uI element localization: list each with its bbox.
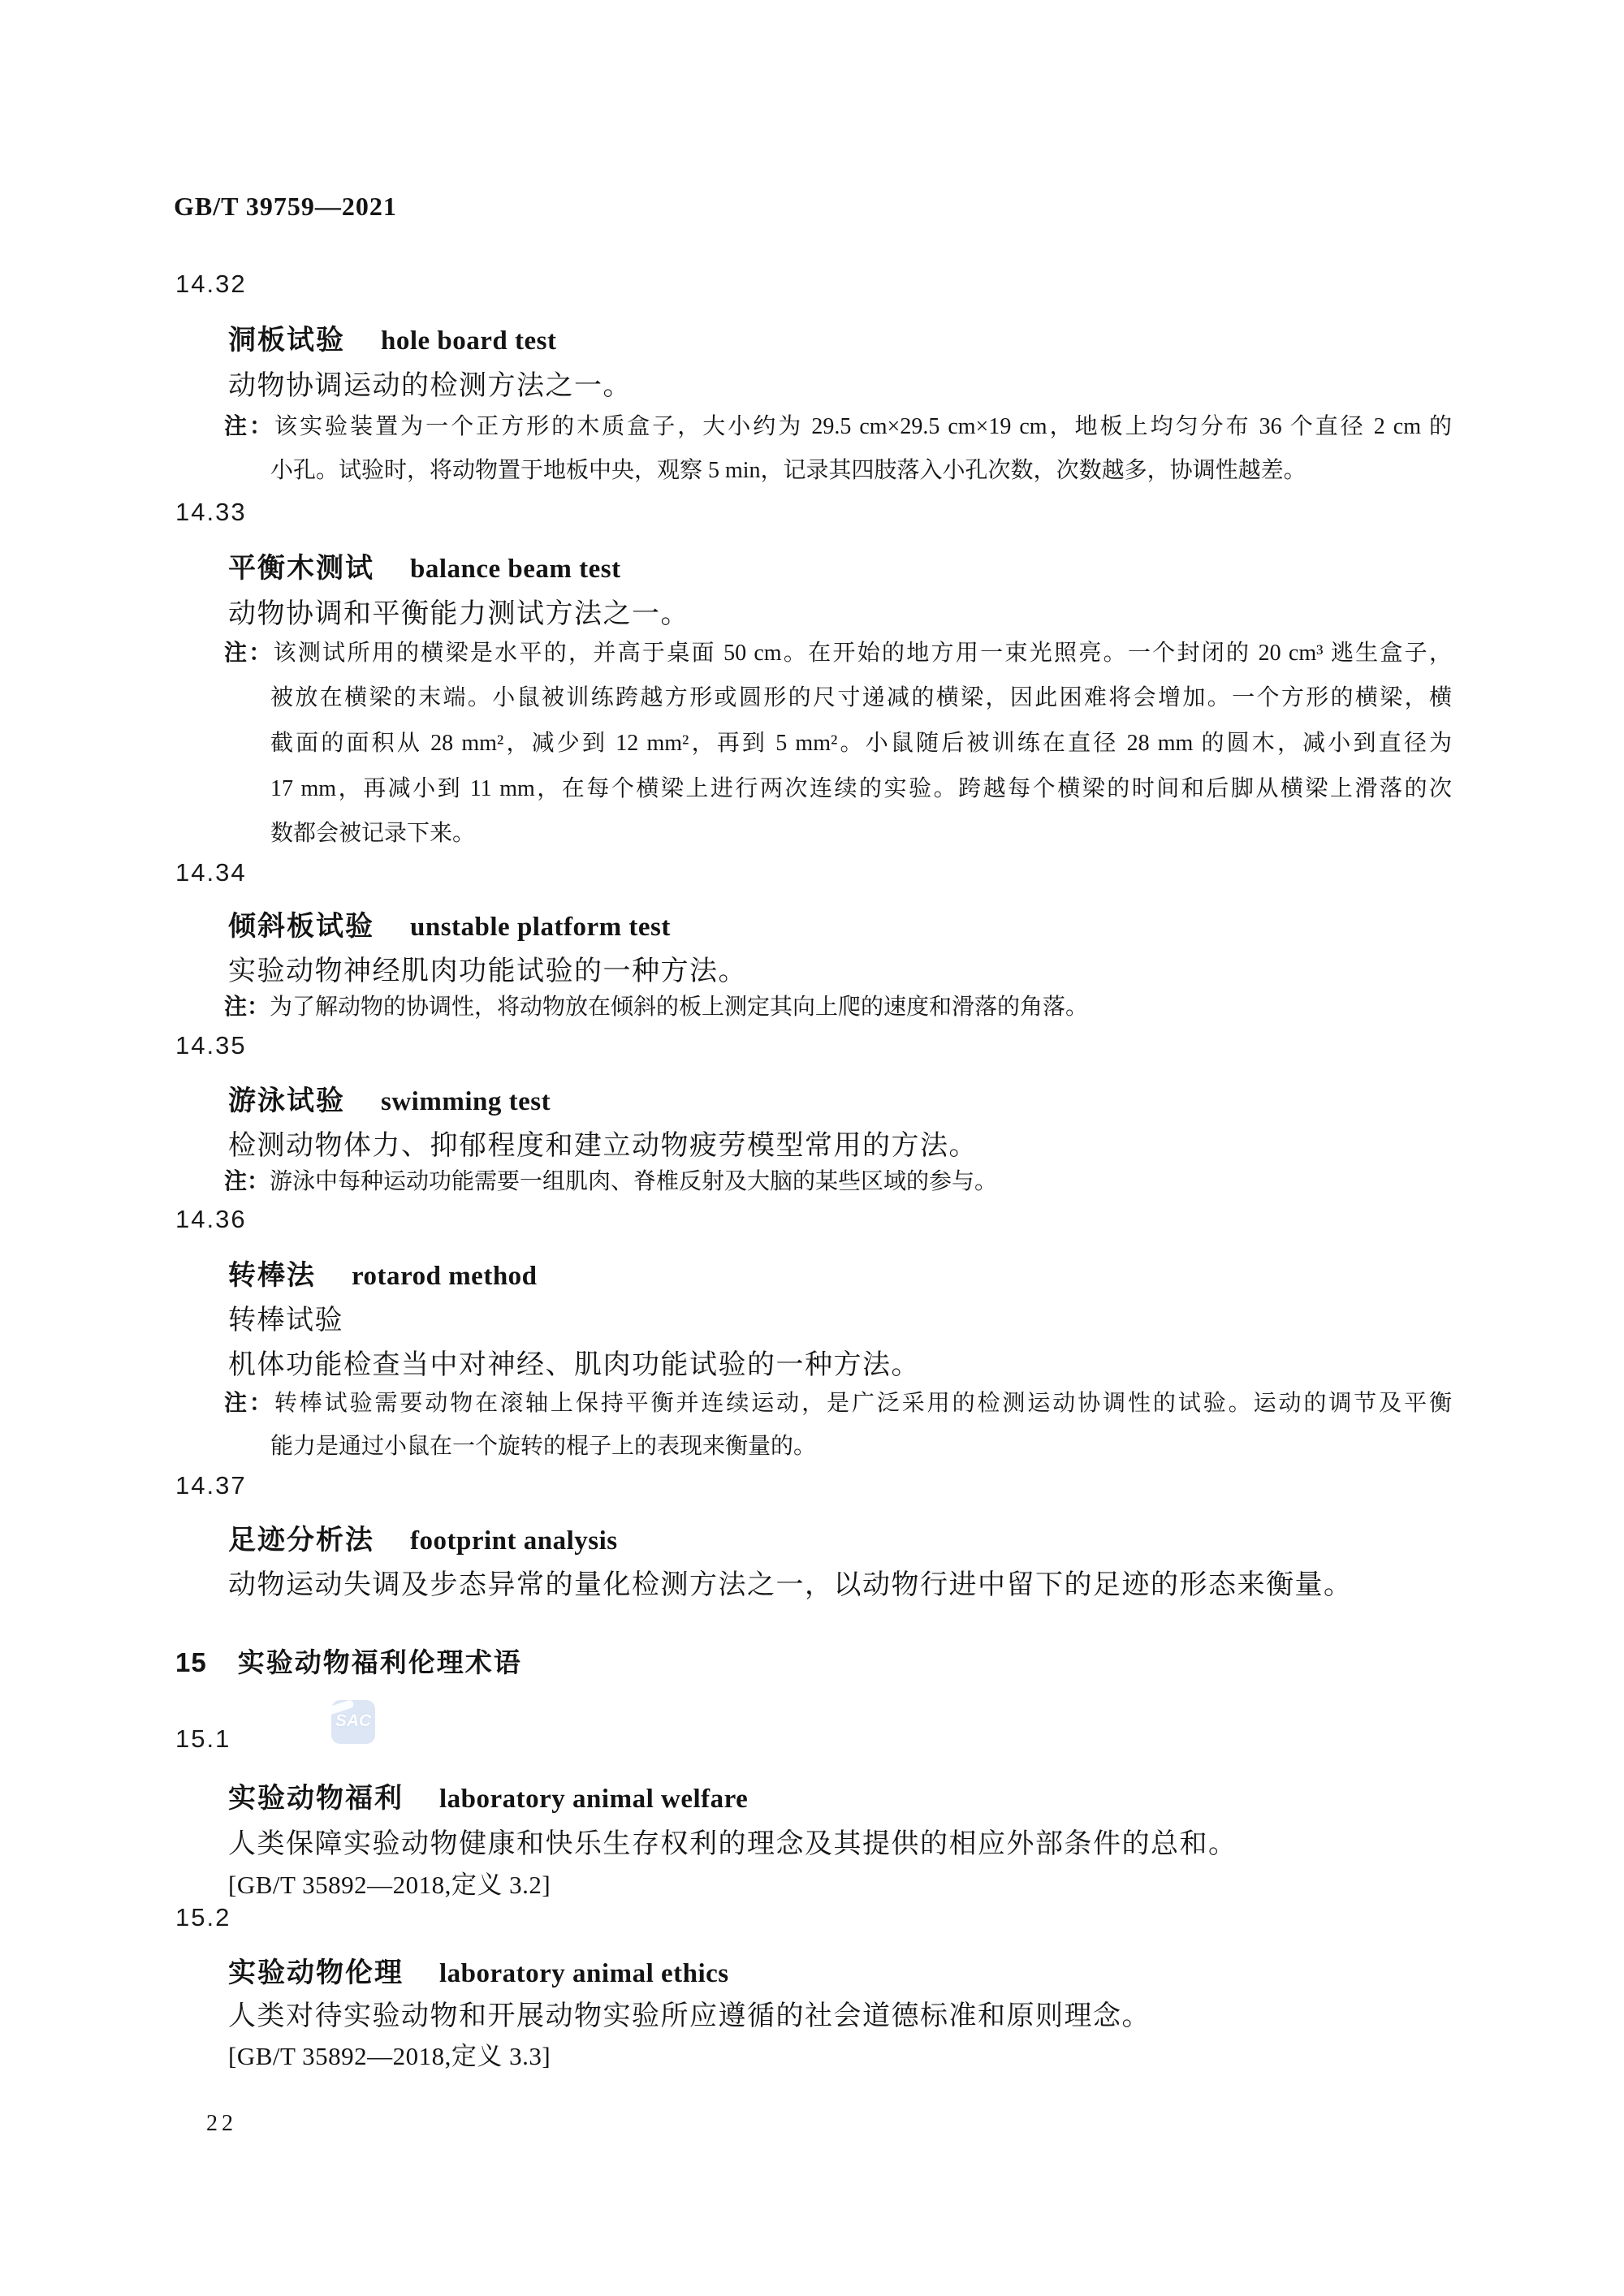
definition-text: 人类保障实验动物健康和快乐生存权利的理念及其提供的相应外部条件的总和。 xyxy=(228,1821,1237,1861)
note-text: 该测试所用的横梁是水平的，并高于桌面 50 cm。在开始的地方用一束光照亮。一个… xyxy=(274,641,1452,666)
note-text: 为了解动物的协调性，将动物放在倾斜的板上测定其向上爬的速度和滑落的角落。 xyxy=(270,995,1088,1020)
term-line: 平衡木测试balance beam test xyxy=(228,546,621,585)
section-number: 14.34 xyxy=(175,858,247,887)
term-english: swimming test xyxy=(381,1087,551,1116)
term-english: unstable platform test xyxy=(410,913,671,942)
note-line: 17 mm，再减小到 11 mm，在每个横梁上进行两次连续的实验。跨越每个横梁的… xyxy=(270,775,1452,804)
term-chinese: 洞板试验 xyxy=(228,325,345,356)
term-line: 游泳试验swimming test xyxy=(228,1078,551,1118)
term-english: balance beam test xyxy=(410,555,621,584)
definition-text: 动物协调运动的检测方法之一。 xyxy=(228,363,632,403)
term-chinese: 倾斜板试验 xyxy=(228,911,374,942)
synonym-text: 转棒试验 xyxy=(228,1297,343,1337)
note-line: 小孔。试验时，将动物置于地板中央，观察 5 min，记录其四肢落入小孔次数，次数… xyxy=(270,456,1452,486)
definition-text: 人类对待实验动物和开展动物实验所应遵循的社会道德标准和原则理念。 xyxy=(228,1993,1151,2033)
note-line: 被放在横梁的末端。小鼠被训练跨越方形或圆形的尺寸递减的横梁，因此困难将会增加。一… xyxy=(270,684,1452,713)
term-english: laboratory animal ethics xyxy=(439,1959,729,1988)
note-line: 数都会被记录下来。 xyxy=(270,819,1452,848)
section-number: 15.1 xyxy=(175,1724,231,1754)
term-line: 转棒法rotarod method xyxy=(228,1253,538,1293)
sac-watermark-label: SAC xyxy=(331,1711,375,1731)
term-chinese: 实验动物伦理 xyxy=(228,1957,404,1988)
sac-watermark-logo: SAC xyxy=(331,1700,375,1744)
note-label: 注： xyxy=(224,640,274,665)
chapter-title: 实验动物福利伦理术语 xyxy=(238,1647,522,1677)
definition-text: 动物协调和平衡能力测试方法之一。 xyxy=(228,591,689,631)
note-line: 注：游泳中每种运动功能需要一组肌肉、脊椎反射及大脑的某些区域的参与。 xyxy=(224,1167,1452,1197)
definition-text: 检测动物体力、抑郁程度和建立动物疲劳模型常用的方法。 xyxy=(228,1123,978,1163)
note-line: 注：该测试所用的横梁是水平的，并高于桌面 50 cm。在开始的地方用一束光照亮。… xyxy=(224,638,1452,668)
term-english: footprint analysis xyxy=(410,1526,618,1556)
note-line: 注：为了解动物的协调性，将动物放在倾斜的板上测定其向上爬的速度和滑落的角落。 xyxy=(224,992,1452,1022)
page-number: 22 xyxy=(206,2111,237,2137)
doc-code-header: GB/T 39759—2021 xyxy=(174,192,397,222)
source-reference: [GB/T 35892—2018,定义 3.3] xyxy=(228,2035,551,2072)
term-english: laboratory animal welfare xyxy=(439,1785,748,1814)
note-line: 注：转棒试验需要动物在滚轴上保持平衡并连续运动，是广泛采用的检测运动协调性的试验… xyxy=(224,1388,1452,1418)
definition-text: 动物运动失调及步态异常的量化检测方法之一，以动物行进中留下的足迹的形态来衡量。 xyxy=(228,1562,1353,1602)
section-number: 14.32 xyxy=(175,270,247,299)
term-english: rotarod method xyxy=(352,1262,538,1291)
note-label: 注： xyxy=(224,1168,270,1193)
section-number: 14.35 xyxy=(175,1031,247,1060)
term-chinese: 实验动物福利 xyxy=(228,1783,404,1814)
term-chinese: 平衡木测试 xyxy=(228,553,374,584)
term-chinese: 转棒法 xyxy=(228,1260,316,1291)
standard-document-page: GB/T 39759—2021 14.32 洞板试验hole board tes… xyxy=(0,0,1624,2296)
term-line: 实验动物伦理laboratory animal ethics xyxy=(228,1950,729,1990)
term-line: 实验动物福利laboratory animal welfare xyxy=(228,1776,748,1815)
definition-text: 实验动物神经肌肉功能试验的一种方法。 xyxy=(228,948,747,988)
term-english: hole board test xyxy=(381,326,557,356)
section-number: 14.37 xyxy=(175,1471,247,1500)
note-label: 注： xyxy=(224,1390,274,1415)
chapter-heading: 15实验动物福利伦理术语 xyxy=(175,1642,522,1680)
term-line: 足迹分析法footprint analysis xyxy=(228,1517,618,1557)
term-chinese: 足迹分析法 xyxy=(228,1525,374,1556)
note-line: 注：该实验装置为一个正方形的木质盒子，大小约为 29.5 cm×29.5 cm×… xyxy=(224,412,1452,442)
source-reference: [GB/T 35892—2018,定义 3.2] xyxy=(228,1864,551,1901)
term-line: 洞板试验hole board test xyxy=(228,317,557,357)
section-number: 14.36 xyxy=(175,1205,247,1234)
section-number: 14.33 xyxy=(175,498,247,527)
term-chinese: 游泳试验 xyxy=(228,1085,345,1116)
definition-text: 机体功能检查当中对神经、肌肉功能试验的一种方法。 xyxy=(228,1342,920,1382)
note-label: 注： xyxy=(224,413,274,438)
note-text: 转棒试验需要动物在滚轴上保持平衡并连续运动，是广泛采用的检测运动协调性的试验。运… xyxy=(274,1391,1452,1416)
note-label: 注： xyxy=(224,994,270,1019)
note-text: 游泳中每种运动功能需要一组肌肉、脊椎反射及大脑的某些区域的参与。 xyxy=(270,1169,997,1194)
chapter-number: 15 xyxy=(175,1647,207,1677)
term-line: 倾斜板试验unstable platform test xyxy=(228,904,671,943)
note-line: 截面的面积从 28 mm²，减少到 12 mm²，再到 5 mm²。小鼠随后被训… xyxy=(270,729,1452,758)
note-line: 能力是通过小鼠在一个旋转的棍子上的表现来衡量的。 xyxy=(270,1432,1452,1461)
note-text: 该实验装置为一个正方形的木质盒子，大小约为 29.5 cm×29.5 cm×19… xyxy=(274,414,1452,439)
section-number: 15.2 xyxy=(175,1903,231,1932)
